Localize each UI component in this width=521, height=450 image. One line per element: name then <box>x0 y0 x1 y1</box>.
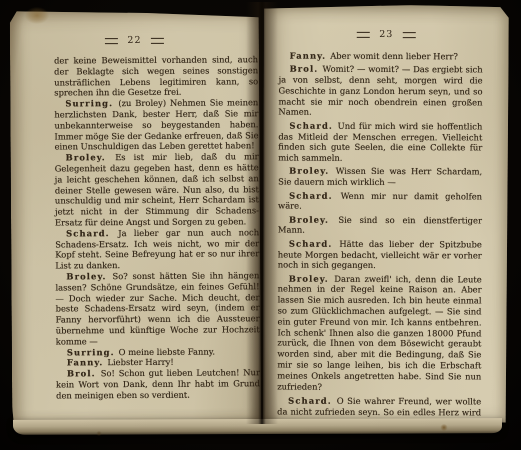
left-page: 22 der keine Beweismittel vorhanden sind… <box>10 8 262 423</box>
paragraph: Brol. Womit? — womit? — Das ergiebt sich… <box>278 64 482 119</box>
right-page-text: Fanny. Aber womit denn lieber Herr?Brol.… <box>277 51 483 432</box>
paper-stain <box>25 7 49 24</box>
left-page-text: der keine Beweismittel vorhanden sind, a… <box>54 54 260 401</box>
header-rule-icon <box>150 37 163 43</box>
header-rule-icon <box>357 31 370 37</box>
paragraph: Broley. Es ist mir lieb, daß du mir Gele… <box>55 151 259 228</box>
paragraph: Schard. Und für mich wird sie hoffentlic… <box>278 120 482 164</box>
paragraph: Schard. Hätte das lieber der Spitzbube h… <box>278 238 482 271</box>
speaker-name: Schard. <box>66 228 118 238</box>
book-gutter <box>246 2 278 424</box>
left-page-header: 22 <box>10 34 259 47</box>
paragraph: Surring. (zu Broley) Nehmen Sie meinen h… <box>54 97 258 152</box>
speaker-name: Brol. <box>67 368 101 378</box>
speaker-name: Surring. <box>65 98 118 108</box>
paragraph: Fanny. Aber womit denn lieber Herr? <box>279 51 483 63</box>
speaker-name: Schard. <box>289 120 337 130</box>
speaker-name: Broley. <box>66 271 112 281</box>
paragraph: Schard. Ja lieber gar nun auch noch Scha… <box>55 227 259 271</box>
left-page-number: 22 <box>127 35 141 46</box>
speaker-name: Broley. <box>289 166 336 176</box>
paragraph: Brol. So! Schon gut lieben Leutchen! Nur… <box>56 367 260 401</box>
speaker-name: Broley. <box>66 152 116 162</box>
paper-stain <box>96 431 102 436</box>
speaker-name: Fanny. <box>67 357 108 367</box>
speaker-name: Broley. <box>289 214 338 224</box>
speaker-name: Schard. <box>289 190 341 200</box>
paragraph: Broley. Wissen Sie was Herr Schardam, Si… <box>278 166 482 188</box>
right-page-number: 23 <box>379 29 393 40</box>
speaker-name: Fanny. <box>290 51 331 61</box>
paragraph: Schard. Wenn mir nur damit geholfen wäre… <box>278 190 482 212</box>
paragraph: Broley. Sie sind so ein dienstfertiger M… <box>278 214 482 236</box>
speaker-name: Schard. <box>289 238 340 248</box>
right-page-header: 23 <box>264 28 509 40</box>
speaker-name: Brol. <box>290 64 323 74</box>
speaker-name: Surring. <box>67 347 119 357</box>
header-rule-icon <box>105 38 118 44</box>
paper-stain <box>440 424 448 431</box>
paragraph: Broley. So? sonst hätten Sie ihn hängen … <box>55 270 259 347</box>
paragraph: der keine Beweismittel vorhanden sind, a… <box>54 54 258 98</box>
book-scan: 22 der keine Beweismittel vorhanden sind… <box>0 0 521 450</box>
speaker-name: Schard. <box>288 396 337 406</box>
paragraph: Broley. Daran zweifl' ich, denn die Leut… <box>277 273 482 393</box>
speaker-name: Broley. <box>289 273 335 283</box>
header-rule-icon <box>402 32 415 38</box>
right-page: 23 Fanny. Aber womit denn lieber Herr?Br… <box>262 4 509 422</box>
